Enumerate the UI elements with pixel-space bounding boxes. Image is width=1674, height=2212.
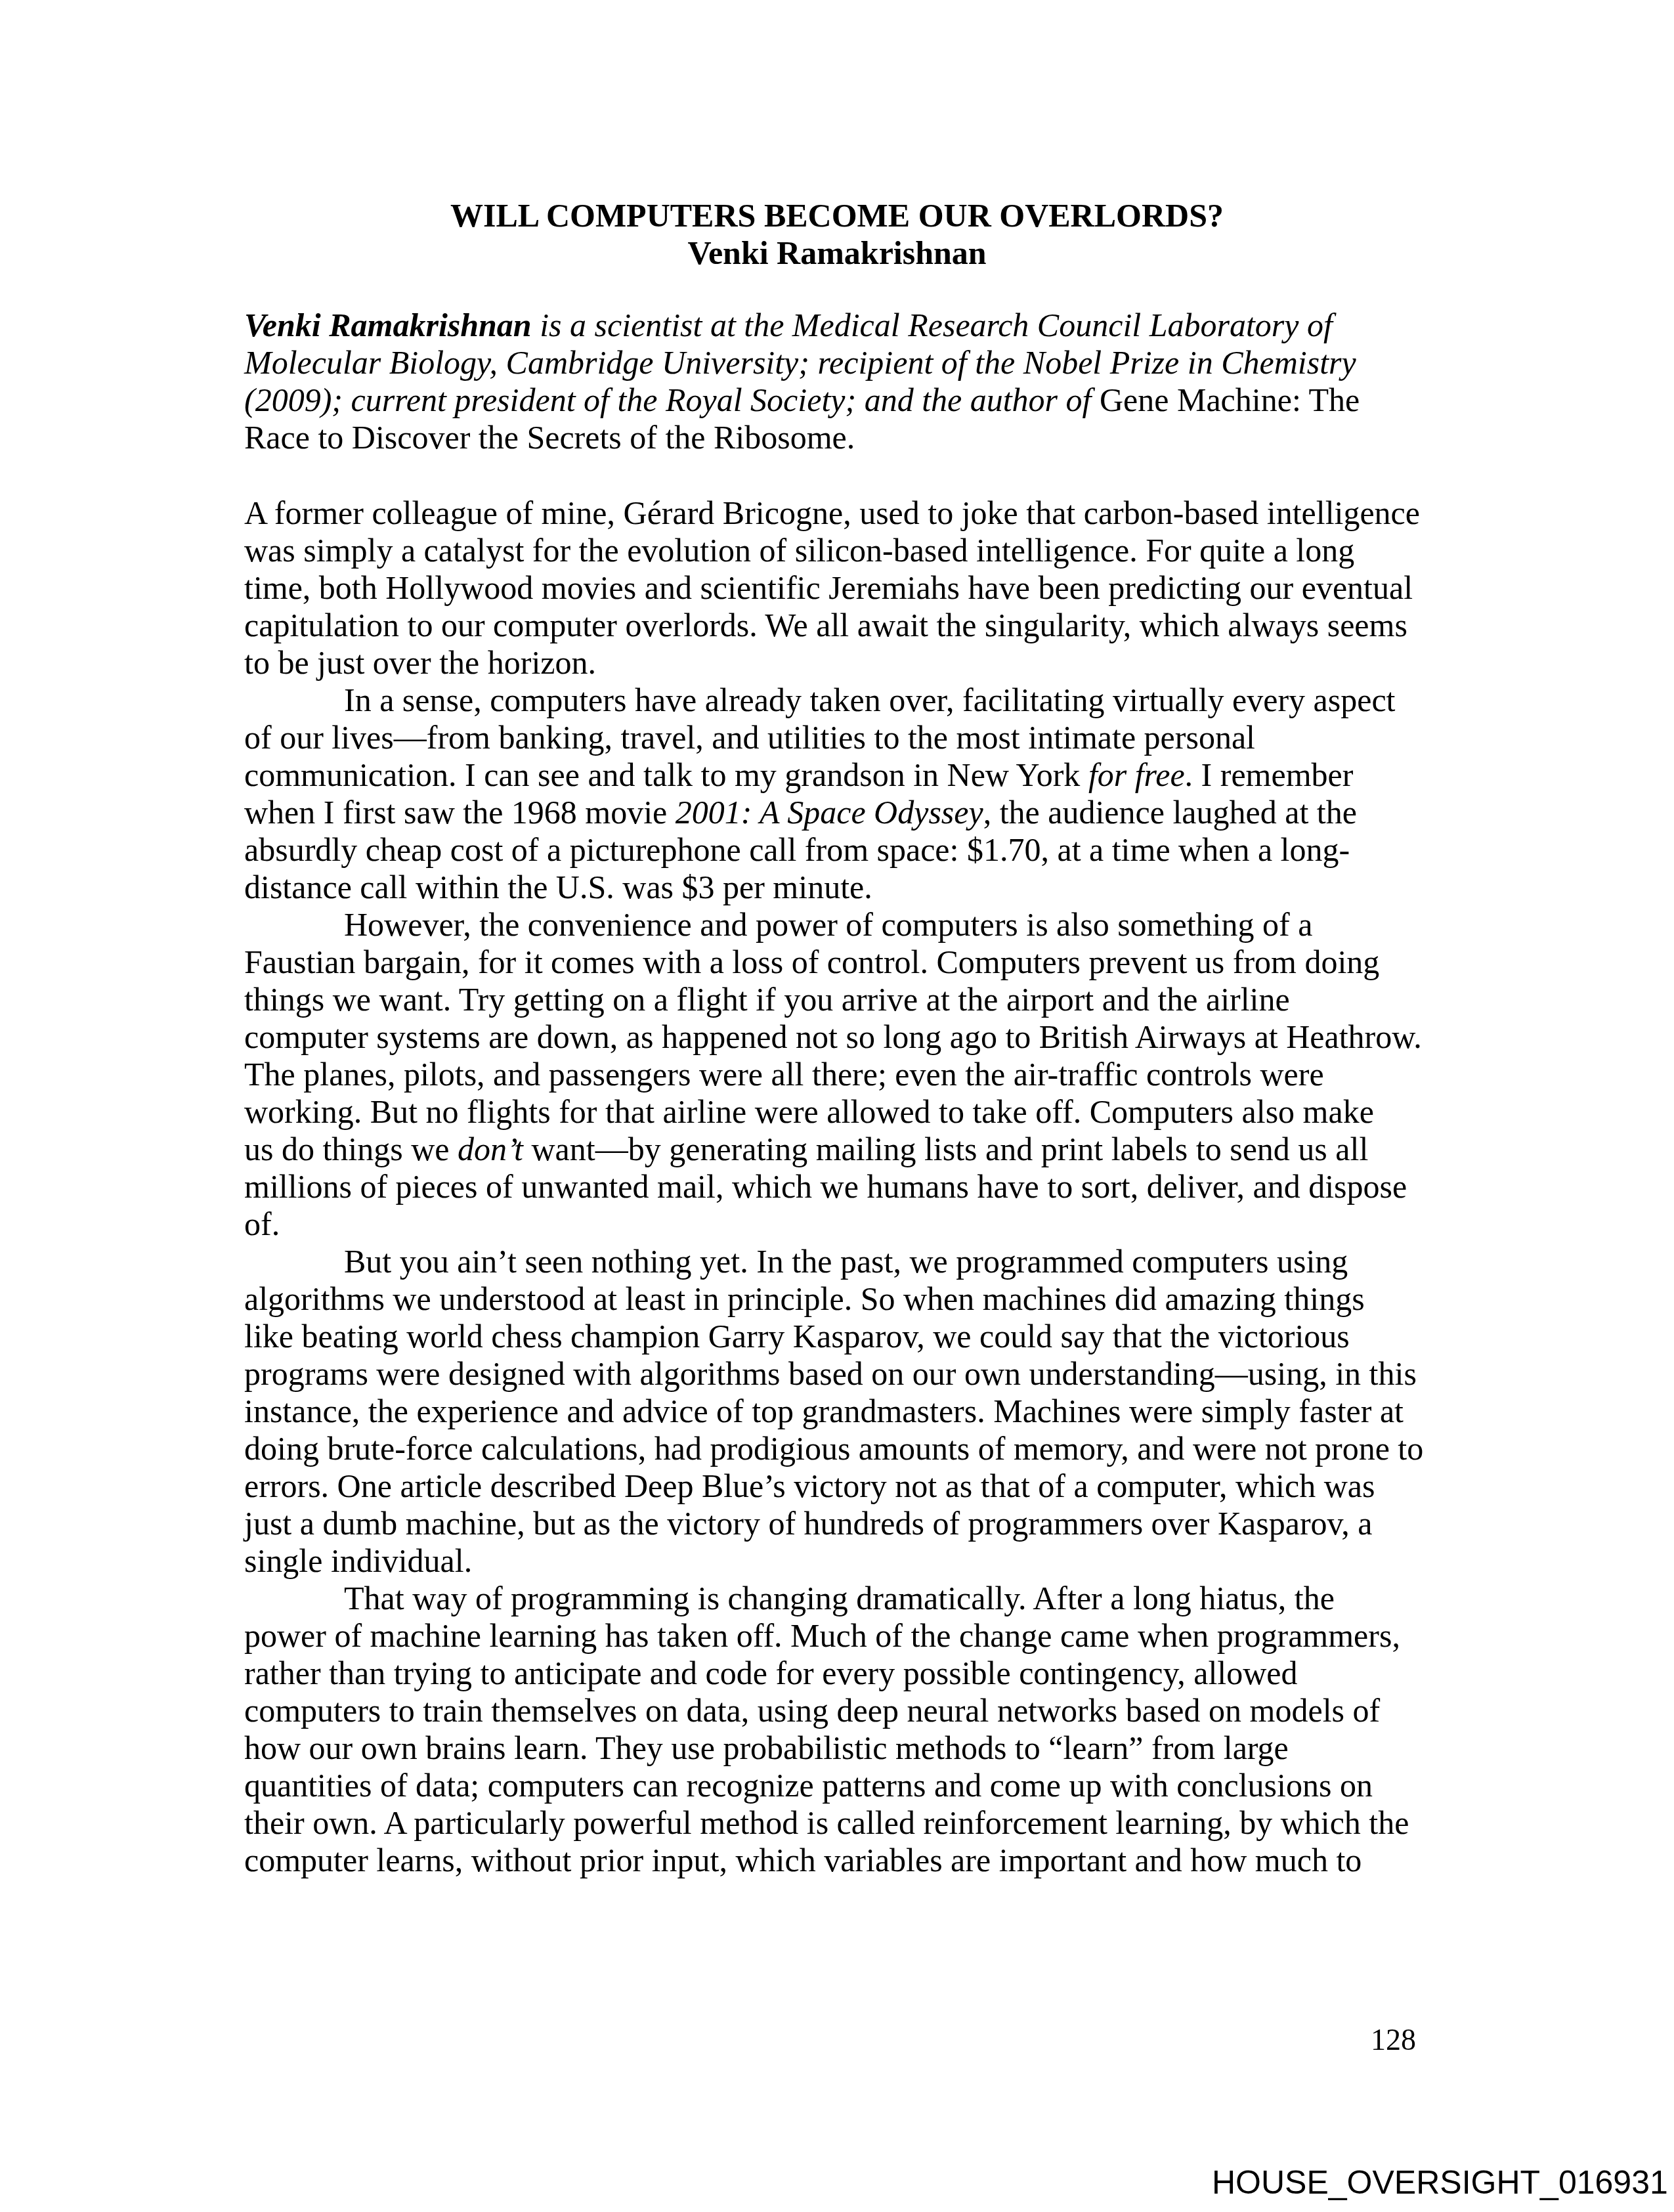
body-line: computers to train themselves on data, u…: [244, 1692, 1380, 1729]
body-line: when I first saw the 1968 movie 2001: A …: [244, 794, 1357, 831]
body-line: However, the convenience and power of co…: [344, 906, 1312, 943]
body-line: power of machine learning has taken off.…: [244, 1617, 1400, 1655]
body-line: communication. I can see and talk to my …: [244, 756, 1353, 794]
body-line: The planes, pilots, and passengers were …: [244, 1056, 1324, 1093]
book-title: Gene Machine: The: [1100, 381, 1360, 418]
body-line: Faustian bargain, for it comes with a lo…: [244, 943, 1379, 981]
body-line: capitulation to our computer overlords. …: [244, 607, 1407, 644]
body-line: algorithms we understood at least in pri…: [244, 1280, 1365, 1318]
body-line: programs were designed with algorithms b…: [244, 1355, 1417, 1393]
body-line: doing brute-force calculations, had prod…: [244, 1430, 1423, 1467]
body-line: things we want. Try getting on a flight …: [244, 981, 1290, 1018]
body-line: time, both Hollywood movies and scientif…: [244, 569, 1413, 607]
body-line: rather than trying to anticipate and cod…: [244, 1655, 1298, 1692]
body-line: But you ain’t seen nothing yet. In the p…: [344, 1243, 1348, 1280]
bio-line-4: Race to Discover the Secrets of the Ribo…: [244, 419, 855, 456]
emphasis-dont: don’t: [458, 1131, 523, 1167]
body-line: computer learns, without prior input, wh…: [244, 1842, 1362, 1879]
body-line: A former colleague of mine, Gérard Brico…: [244, 494, 1420, 532]
bio-author-name: Venki Ramakrishnan: [244, 307, 532, 343]
page-number: 128: [1371, 2021, 1416, 2058]
bio-line-3: (2009); current president of the Royal S…: [244, 381, 1360, 419]
body-line: to be just over the horizon.: [244, 644, 596, 682]
body-line: of.: [244, 1205, 280, 1243]
body-line: how our own brains learn. They use proba…: [244, 1729, 1289, 1767]
body-line: instance, the experience and advice of t…: [244, 1393, 1404, 1430]
body-line: millions of pieces of unwanted mail, whi…: [244, 1168, 1407, 1205]
body-line: like beating world chess champion Garry …: [244, 1318, 1350, 1355]
body-line: errors. One article described Deep Blue’…: [244, 1467, 1375, 1505]
body-line: distance call within the U.S. was $3 per…: [244, 869, 872, 906]
body-line: single individual.: [244, 1542, 472, 1580]
body-line: us do things we don’t want—by generating…: [244, 1131, 1368, 1168]
body-line: working. But no flights for that airline…: [244, 1093, 1374, 1131]
film-title: 2001: A Space Odyssey: [676, 794, 983, 831]
article-author: Venki Ramakrishnan: [0, 234, 1674, 272]
body-line: of our lives—from banking, travel, and u…: [244, 719, 1255, 756]
bio-line-1: Venki Ramakrishnan is a scientist at the…: [244, 307, 1333, 344]
article-title: WILL COMPUTERS BECOME OUR OVERLORDS?: [0, 197, 1674, 234]
body-line: That way of programming is changing dram…: [344, 1580, 1335, 1617]
bio-line-2: Molecular Biology, Cambridge University;…: [244, 344, 1356, 381]
body-line: computer systems are down, as happened n…: [244, 1018, 1422, 1056]
body-line: was simply a catalyst for the evolution …: [244, 532, 1354, 569]
body-line: their own. A particularly powerful metho…: [244, 1804, 1409, 1842]
body-line: quantities of data; computers can recogn…: [244, 1767, 1373, 1804]
emphasis-for-free: for free: [1088, 756, 1185, 793]
body-line: In a sense, computers have already taken…: [344, 682, 1396, 719]
body-line: absurdly cheap cost of a picturephone ca…: [244, 831, 1350, 869]
document-page: WILL COMPUTERS BECOME OUR OVERLORDS? Ven…: [0, 0, 1674, 2212]
bates-stamp: HOUSE_OVERSIGHT_016931: [1212, 2164, 1668, 2201]
body-line: just a dumb machine, but as the victory …: [244, 1505, 1373, 1542]
